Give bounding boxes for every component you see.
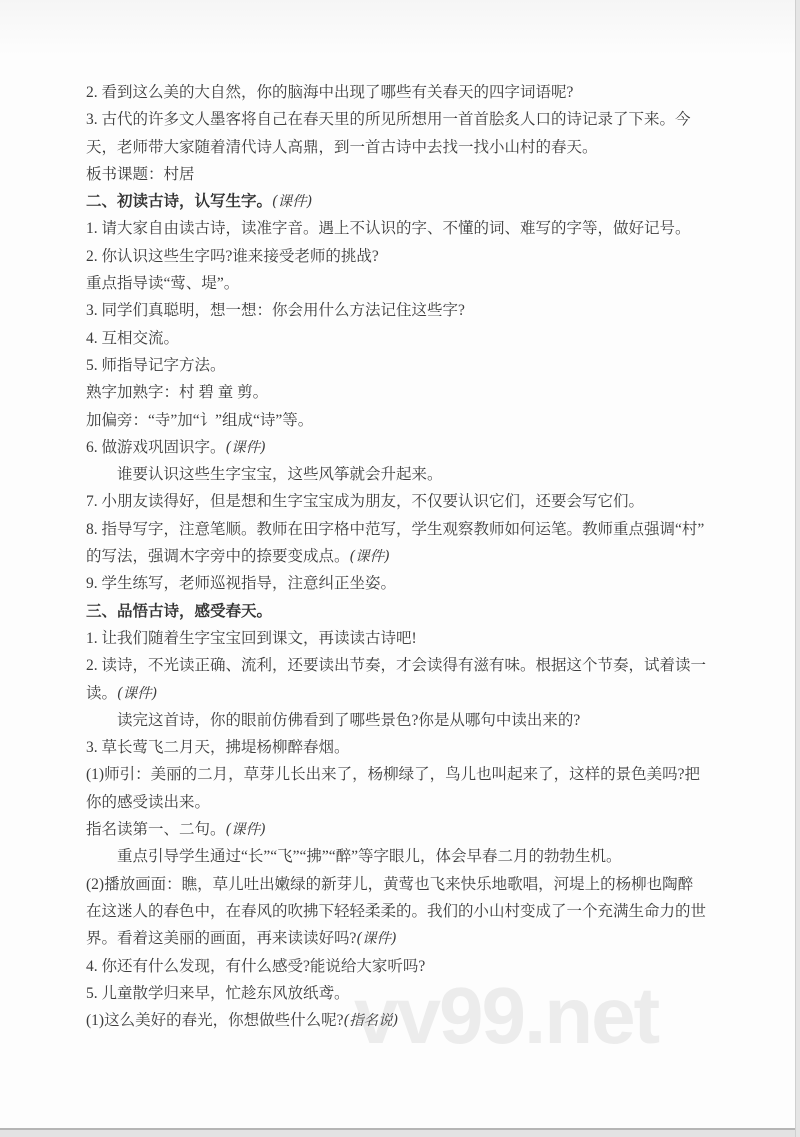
doc-line: 界。看着这美丽的画面，再来读读好吗?(课件) [86, 925, 686, 952]
body-text: 天，老师带大家随着清代诗人高鼎，到一首古诗中去找一找小山村的春天。 [86, 139, 598, 156]
doc-line: 3. 草长莺飞二月天，拂堤杨柳醉春烟。 [86, 734, 686, 761]
doc-line: 3. 古代的许多文人墨客将自己在春天里的所见所想用一首首脍炙人口的诗记录了下来。… [86, 106, 686, 133]
doc-line: 读。(课件) [86, 680, 686, 707]
doc-line: 5. 师指导记字方法。 [86, 352, 686, 379]
page-gutter-bottom [0, 1128, 795, 1137]
body-text: 7. 小朋友读得好，但是想和生字宝宝成为朋友，不仅要认识它们，还要会写它们。 [86, 493, 644, 510]
body-text: 重点指导读“莺、堤”。 [86, 275, 239, 292]
doc-line: 天，老师带大家随着清代诗人高鼎，到一首古诗中去找一找小山村的春天。 [86, 134, 686, 161]
body-text: 谁要认识这些生字宝宝，这些风筝就会升起来。 [117, 466, 443, 483]
heading-text: 二、初读古诗，认写生字。 [86, 193, 272, 210]
body-text: 6. 做游戏巩固识字。 [86, 439, 226, 456]
body-text: 3. 古代的许多文人墨客将自己在春天里的所见所想用一首首脍炙人口的诗记录了下来。… [86, 111, 691, 128]
doc-line: (1)师引：美丽的二月，草芽儿长出来了，杨柳绿了，鸟儿也叫起来了，这样的景色美吗… [86, 761, 686, 788]
kai-annotation: (课件) [272, 194, 312, 210]
doc-line: 5. 儿童散学归来早，忙趁东风放纸鸢。 [86, 980, 686, 1007]
body-text: 3. 草长莺飞二月天，拂堤杨柳醉春烟。 [86, 739, 350, 756]
doc-line: 加偏旁：“寺”加“讠”组成“诗”等。 [86, 407, 686, 434]
body-text: 加偏旁：“寺”加“讠”组成“诗”等。 [86, 412, 313, 429]
body-text: 的写法，强调木字旁中的捺要变成点。 [86, 548, 350, 565]
kai-annotation: (课件) [226, 440, 266, 456]
doc-line: 重点指导读“莺、堤”。 [86, 270, 686, 297]
doc-line: 6. 做游戏巩固识字。(课件) [86, 434, 686, 461]
body-text: 5. 儿童散学归来早，忙趁东风放纸鸢。 [86, 985, 350, 1002]
body-text: (2)播放画面：瞧，草儿吐出嫩绿的新芽儿，黄莺也飞来快乐地歌唱，河堤上的杨柳也陶… [86, 876, 693, 893]
body-text: 2. 你认识这些生字吗?谁来接受老师的挑战? [86, 248, 379, 265]
doc-line: 读完这首诗，你的眼前仿佛看到了哪些景色?你是从哪句中读出来的? [86, 707, 686, 734]
document-text: 2. 看到这么美的大自然，你的脑海中出现了哪些有关春天的四字词语呢?3. 古代的… [86, 79, 686, 1034]
kai-annotation: (课件) [117, 686, 157, 702]
body-text: 板书课题：村居 [86, 166, 195, 183]
body-text: 9. 学生练写，老师巡视指导，注意纠正坐姿。 [86, 575, 396, 592]
body-text: 3. 同学们真聪明，想一想：你会用什么方法记住这些字? [86, 302, 465, 319]
doc-line: 二、初读古诗，认写生字。(课件) [86, 188, 686, 215]
body-text: 2. 读诗，不光读正确、流利，还要读出节奏，才会读得有滋有味。根据这个节奏，试着… [86, 657, 706, 674]
doc-line: 2. 你认识这些生字吗?谁来接受老师的挑战? [86, 243, 686, 270]
doc-line: 板书课题：村居 [86, 161, 686, 188]
doc-line: 的写法，强调木字旁中的捺要变成点。(课件) [86, 543, 686, 570]
heading-text: 三、品悟古诗，感受春天。 [86, 603, 272, 620]
doc-line: 9. 学生练写，老师巡视指导，注意纠正坐姿。 [86, 570, 686, 597]
doc-line: 1. 让我们随着生字宝宝回到课文，再读读古诗吧! [86, 625, 686, 652]
kai-annotation: (课件) [356, 931, 396, 947]
doc-line: 4. 互相交流。 [86, 325, 686, 352]
body-text: 熟字加熟字：村 碧 童 剪。 [86, 384, 268, 401]
doc-line: 1. 请大家自由读古诗，读准字音。遇上不认识的字、不懂的词、难写的字等，做好记号… [86, 215, 686, 242]
kai-annotation: (课件) [226, 822, 266, 838]
body-text: 2. 看到这么美的大自然，你的脑海中出现了哪些有关春天的四字词语呢? [86, 84, 573, 101]
body-text: 4. 互相交流。 [86, 330, 179, 347]
doc-line: 熟字加熟字：村 碧 童 剪。 [86, 379, 686, 406]
document-page: vv99.net 2. 看到这么美的大自然，你的脑海中出现了哪些有关春天的四字词… [0, 0, 795, 1128]
body-text: 读。 [86, 685, 117, 702]
doc-line: 7. 小朋友读得好，但是想和生字宝宝成为朋友，不仅要认识它们，还要会写它们。 [86, 488, 686, 515]
doc-line: 谁要认识这些生字宝宝，这些风筝就会升起来。 [86, 461, 686, 488]
body-text: (1)这么美好的春光，你想做些什么呢? [86, 1012, 343, 1029]
doc-line: (1)这么美好的春光，你想做些什么呢?(指名说) [86, 1007, 686, 1034]
doc-line: 重点引导学生通过“长”“飞”“拂”“醉”等字眼儿，体会早春二月的勃勃生机。 [86, 843, 686, 870]
body-text: 1. 请大家自由读古诗，读准字音。遇上不认识的字、不懂的词、难写的字等，做好记号… [86, 220, 691, 237]
doc-line: 在这迷人的春色中，在春风的吹拂下轻轻柔柔的。我们的小山村变成了一个充满生命力的世 [86, 898, 686, 925]
kai-annotation: (指名说) [343, 1013, 398, 1029]
body-text: 界。看着这美丽的画面，再来读读好吗? [86, 930, 356, 947]
body-text: 读完这首诗，你的眼前仿佛看到了哪些景色?你是从哪句中读出来的? [117, 712, 580, 729]
body-text: 4. 你还有什么发现，有什么感受?能说给大家听吗? [86, 958, 425, 975]
doc-line: 4. 你还有什么发现，有什么感受?能说给大家听吗? [86, 953, 686, 980]
doc-line: 3. 同学们真聪明，想一想：你会用什么方法记住这些字? [86, 297, 686, 324]
page-gutter-right [795, 0, 800, 1137]
doc-line: 8. 指导写字，注意笔顺。教师在田字格中范写，学生观察教师如何运笔。教师重点强调… [86, 516, 686, 543]
body-text: 8. 指导写字，注意笔顺。教师在田字格中范写，学生观察教师如何运笔。教师重点强调… [86, 521, 704, 538]
kai-annotation: (课件) [350, 549, 390, 565]
body-text: 重点引导学生通过“长”“飞”“拂”“醉”等字眼儿，体会早春二月的勃勃生机。 [117, 848, 622, 865]
body-text: 指名读第一、二句。 [86, 821, 226, 838]
doc-line: 指名读第一、二句。(课件) [86, 816, 686, 843]
doc-line: 2. 读诗，不光读正确、流利，还要读出节奏，才会读得有滋有味。根据这个节奏，试着… [86, 652, 686, 679]
body-text: 5. 师指导记字方法。 [86, 357, 226, 374]
body-text: 你的感受读出来。 [86, 794, 210, 811]
body-text: (1)师引：美丽的二月，草芽儿长出来了，杨柳绿了，鸟儿也叫起来了，这样的景色美吗… [86, 766, 700, 783]
doc-line: 你的感受读出来。 [86, 789, 686, 816]
body-text: 1. 让我们随着生字宝宝回到课文，再读读古诗吧! [86, 630, 417, 647]
doc-line: 2. 看到这么美的大自然，你的脑海中出现了哪些有关春天的四字词语呢? [86, 79, 686, 106]
doc-line: (2)播放画面：瞧，草儿吐出嫩绿的新芽儿，黄莺也飞来快乐地歌唱，河堤上的杨柳也陶… [86, 871, 686, 898]
doc-line: 三、品悟古诗，感受春天。 [86, 598, 686, 625]
body-text: 在这迷人的春色中，在春风的吹拂下轻轻柔柔的。我们的小山村变成了一个充满生命力的世 [86, 903, 706, 920]
